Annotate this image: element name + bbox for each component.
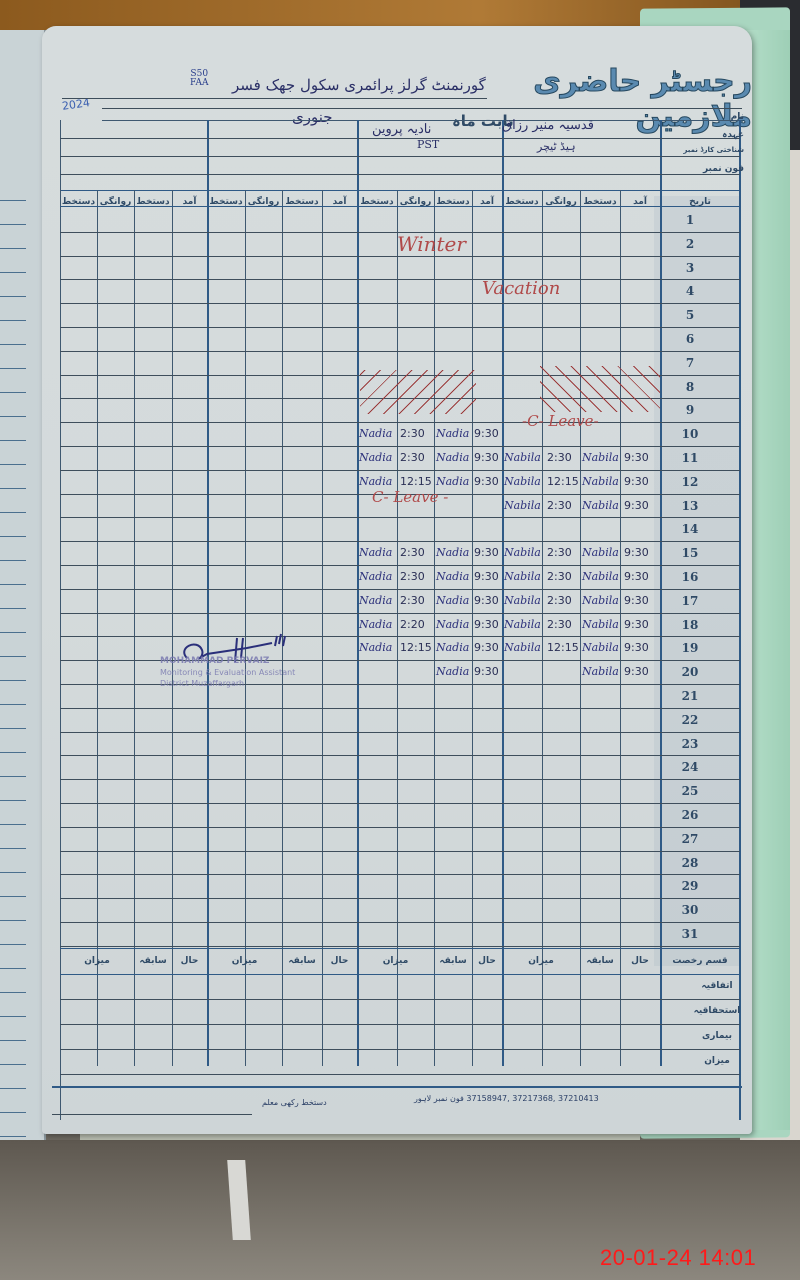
employee-1-arrival-signature: Nabila — [582, 665, 619, 678]
employee-2-arrival-time: 9:30 — [474, 475, 499, 488]
employee-1-arrival-time: 9:30 — [624, 618, 649, 631]
school-name: گورنمنٹ گرلز پرائمری سکول جھک فسر — [232, 76, 486, 94]
left-page-row-line — [0, 1016, 26, 1017]
left-page-row-line — [0, 224, 26, 225]
employee-1-departure-time: 2:30 — [547, 546, 572, 559]
left-page-row-line — [0, 320, 26, 321]
table-row-line — [60, 851, 740, 852]
header-signature: دستخط — [60, 197, 97, 207]
employee-2-departure-signature: Nadia — [359, 427, 392, 440]
summary-header-current: حال — [322, 956, 357, 966]
left-page-row-line — [0, 344, 26, 345]
employee-1-arrival-signature: Nabila — [582, 475, 619, 488]
school-code: S50 FAA — [190, 70, 208, 88]
header-signature: دستخط — [282, 197, 322, 207]
left-page-row-line — [0, 776, 26, 777]
date-1: 1 — [670, 213, 710, 227]
employee-2-departure-time: 2:30 — [400, 594, 425, 607]
employee-1-departure-time: 2:30 — [547, 594, 572, 607]
employee-2-departure-signature: Nadia — [359, 594, 392, 607]
table-row-line — [60, 517, 740, 518]
left-page-row-line — [0, 392, 26, 393]
table-row-line — [60, 708, 740, 709]
table-column-line — [97, 190, 98, 1066]
employee-1-departure-time: 2:30 — [547, 570, 572, 583]
table-row-line — [60, 636, 740, 637]
info-row-line — [60, 156, 740, 157]
summary-header-current: حال — [620, 956, 660, 966]
c-leave-employee-1-day-10: -C- Leave- — [522, 412, 599, 430]
left-border — [60, 120, 61, 1120]
date-23: 23 — [670, 737, 710, 751]
left-page-row-line — [0, 440, 26, 441]
left-page-row-line — [0, 920, 26, 921]
left-page-row-line — [0, 1088, 26, 1089]
date-6: 6 — [670, 332, 710, 346]
left-page-row-line — [0, 968, 26, 969]
table-row-line — [60, 422, 740, 423]
date-31: 31 — [670, 927, 710, 941]
header-departure: روانگی — [542, 197, 580, 207]
date-25: 25 — [670, 784, 710, 798]
left-page-row-line — [0, 1064, 26, 1065]
right-border — [739, 120, 741, 1120]
header-signature: دستخط — [580, 197, 620, 207]
stamp-line-1: MOHAMMAD PERVAIZ — [160, 656, 300, 667]
summary-header-total: میزان — [357, 956, 434, 966]
header-signature: دستخط — [134, 197, 172, 207]
employee-2-departure-time: 2:20 — [400, 618, 425, 631]
attendance-register-page: رجسٹر حاضری ملازمین گورنمنٹ گرلز پرائمری… — [42, 26, 752, 1134]
summary-header-previous: سابقہ — [580, 956, 620, 966]
employee-1-arrival-time: 9:30 — [624, 546, 649, 559]
table-row-line — [60, 327, 740, 328]
info-row-line — [60, 174, 740, 175]
header-departure: روانگی — [97, 197, 134, 207]
employee-2-departure-time: 2:30 — [400, 427, 425, 440]
header-departure: روانگی — [397, 197, 434, 207]
info-label-designation: عہدہ — [722, 130, 744, 140]
left-page-row-line — [0, 944, 26, 945]
date-10: 10 — [670, 427, 710, 441]
left-page-row-line — [0, 608, 26, 609]
employee-1-departure-time: 2:30 — [547, 451, 572, 464]
inspector-stamp: MOHAMMAD PERVAIZ Monitoring & Evaluation… — [160, 656, 300, 689]
info-column-divider — [357, 120, 359, 190]
hatched-cells-employee-1 — [540, 366, 660, 412]
table-row-line — [60, 589, 740, 590]
left-page-row-line — [0, 728, 26, 729]
employee-1-arrival-time: 9:30 — [624, 570, 649, 583]
month-value: جنوری — [292, 108, 333, 126]
employee-2-arrival-signature: Nadia — [436, 475, 469, 488]
date-24: 24 — [670, 760, 710, 774]
summary-header-current: حال — [472, 956, 502, 966]
summary-row-label: بیماری — [692, 1031, 742, 1041]
left-page-row-line — [0, 824, 26, 825]
employee-2-arrival-signature: Nadia — [436, 427, 469, 440]
employee-2-arrival-signature: Nadia — [436, 618, 469, 631]
date-7: 7 — [670, 356, 710, 370]
employee-1-arrival-signature: Nabila — [582, 594, 619, 607]
summary-row-label: استحقاقیہ — [692, 1006, 742, 1016]
info-row-line — [60, 138, 740, 139]
footer-line — [52, 1086, 742, 1088]
employee-1-arrival-signature: Nabila — [582, 546, 619, 559]
table-column-line — [397, 190, 398, 1066]
employee-2-arrival-signature: Nadia — [436, 665, 469, 678]
employee-2-arrival-signature: Nadia — [436, 451, 469, 464]
summary-row-label: اتفاقیہ — [692, 981, 742, 991]
photo-timestamp: 20-01-24 14:01 — [600, 1245, 756, 1271]
header-signature: دستخط — [434, 197, 472, 207]
employee-1-arrival-signature: Nabila — [582, 641, 619, 654]
summary-row-line — [60, 999, 740, 1000]
date-4: 4 — [670, 284, 710, 298]
date-29: 29 — [670, 879, 710, 893]
summary-header-total: میزان — [502, 956, 580, 966]
employee-1-departure-time: 12:15 — [547, 641, 579, 654]
employee-2-arrival-time: 9:30 — [474, 451, 499, 464]
table-row-line — [60, 898, 740, 899]
title-underline — [102, 108, 742, 109]
employee-1-departure-signature: Nabila — [504, 618, 541, 631]
employee-2-departure-time: 12:15 — [400, 641, 432, 654]
employee-1-arrival-time: 9:30 — [624, 451, 649, 464]
footer-sign-line — [52, 1114, 252, 1115]
summary-header-previous: سابقہ — [434, 956, 472, 966]
employee-2-arrival-time: 9:30 — [474, 546, 499, 559]
summary-row-line — [60, 1074, 740, 1075]
table-column-line — [322, 190, 323, 1066]
employee-2-arrival-signature: Nadia — [436, 546, 469, 559]
table-row-line — [60, 827, 740, 828]
left-page-row-line — [0, 752, 26, 753]
header-arrival: آمد — [620, 197, 660, 207]
table-row-line — [60, 279, 740, 280]
summary-header-line — [60, 974, 740, 975]
left-page-row-line — [0, 536, 26, 537]
employee-2-arrival-time: 9:30 — [474, 427, 499, 440]
summary-header-previous: سابقہ — [282, 956, 322, 966]
table-row-line — [60, 803, 740, 804]
header-arrival: آمد — [472, 197, 502, 207]
date-13: 13 — [670, 499, 710, 513]
employee-2-departure-signature: Nadia — [359, 546, 392, 559]
employee-1-departure-signature: Nabila — [504, 451, 541, 464]
employee-1-departure-time: 12:15 — [547, 475, 579, 488]
summary-row-label: میزان — [692, 1056, 742, 1066]
employee-1-name: قدسیہ منیر رزاق — [502, 118, 594, 133]
table-column-line — [434, 190, 435, 1066]
left-page-row-line — [0, 512, 26, 513]
header-departure: روانگی — [245, 197, 282, 207]
table-row-line — [60, 779, 740, 780]
left-page-row-line — [0, 416, 26, 417]
table-column-line — [580, 190, 581, 1066]
table-row-line — [60, 874, 740, 875]
date-21: 21 — [670, 689, 710, 703]
date-19: 19 — [670, 641, 710, 655]
stamp-line-3: District Muzaffargarh — [160, 678, 300, 689]
employee-2-arrival-time: 9:30 — [474, 618, 499, 631]
left-page-row-line — [0, 656, 26, 657]
employee-1-arrival-signature: Nabila — [582, 499, 619, 512]
table-column-line — [542, 190, 543, 1066]
employee-2-arrival-signature: Nadia — [436, 641, 469, 654]
info-label-phone: فون نمبر — [703, 164, 744, 174]
header-signature: دستخط — [207, 197, 245, 207]
vacation-annotation: Vacation — [482, 278, 560, 299]
header-signature: دستخط — [502, 197, 542, 207]
summary-header-total: میزان — [60, 956, 134, 966]
header-date: تاریخ — [660, 197, 740, 207]
date-30: 30 — [670, 903, 710, 917]
date-9: 9 — [670, 403, 710, 417]
school-line — [62, 98, 487, 99]
table-column-line — [620, 190, 621, 1066]
left-page-row-line — [0, 248, 26, 249]
info-column-divider — [207, 120, 209, 190]
left-page-row-line — [0, 464, 26, 465]
header-arrival: آمد — [322, 197, 357, 207]
employee-2-departure-signature: Nadia — [359, 618, 392, 631]
left-page-row-line — [0, 584, 26, 585]
table-row-line — [60, 613, 740, 614]
employee-2-arrival-signature: Nadia — [436, 570, 469, 583]
table-column-line — [172, 190, 173, 1066]
employee-1-departure-signature: Nabila — [504, 546, 541, 559]
table-column-line — [60, 190, 61, 1066]
employee-2-arrival-time: 9:30 — [474, 665, 499, 678]
employee-1-arrival-time: 9:30 — [624, 665, 649, 678]
employee-2-departure-signature: Nadia — [359, 451, 392, 464]
date-8: 8 — [670, 380, 710, 394]
employee-1-arrival-signature: Nabila — [582, 618, 619, 631]
left-page-row-line — [0, 272, 26, 273]
date-22: 22 — [670, 713, 710, 727]
employee-2-designation: PST — [417, 138, 439, 151]
employee-1-departure-signature: Nabila — [504, 570, 541, 583]
info-label-cnic: شناختی کارڈ نمبر — [683, 146, 744, 154]
employee-1-arrival-time: 9:30 — [624, 641, 649, 654]
employee-2-arrival-signature: Nadia — [436, 594, 469, 607]
left-page-row-line — [0, 704, 26, 705]
employee-2-arrival-time: 9:30 — [474, 570, 499, 583]
info-top-line — [102, 120, 742, 121]
left-page-row-line — [0, 368, 26, 369]
c-leave-employee-2-day-13: C- Leave - — [372, 488, 448, 506]
table-row-line — [60, 755, 740, 756]
winter-annotation: Winter — [397, 232, 466, 256]
left-facing-page — [0, 30, 46, 1140]
employee-1-departure-time: 2:30 — [547, 499, 572, 512]
table-row-line — [60, 732, 740, 733]
left-page-row-line — [0, 848, 26, 849]
table-row-line — [60, 565, 740, 566]
left-page-row-line — [0, 800, 26, 801]
table-row-line — [60, 351, 740, 352]
table-row-line — [60, 470, 740, 471]
summary-row-line — [60, 1024, 740, 1025]
left-page-row-line — [0, 560, 26, 561]
employee-1-arrival-signature: Nabila — [582, 570, 619, 583]
summary-header-leave-type: قسم رخصت — [660, 956, 740, 966]
date-20: 20 — [670, 665, 710, 679]
employee-2-arrival-time: 9:30 — [474, 594, 499, 607]
left-page-row-line — [0, 1136, 26, 1137]
summary-header-previous: سابقہ — [134, 956, 172, 966]
summary-header-current: حال — [172, 956, 207, 966]
employee-1-arrival-time: 9:30 — [624, 475, 649, 488]
stamp-line-2: Monitoring & Evaluation Assistant — [160, 667, 300, 678]
summary-header-total: میزان — [207, 956, 282, 966]
table-row-line — [60, 446, 740, 447]
table-column-line — [472, 190, 473, 1066]
summary-top-line — [60, 948, 740, 949]
table-row-line — [60, 541, 740, 542]
left-page-row-line — [0, 896, 26, 897]
employee-2-departure-time: 2:30 — [400, 570, 425, 583]
employee-1-departure-time: 2:30 — [547, 618, 572, 631]
left-page-row-line — [0, 200, 26, 201]
employee-2-departure-time: 12:15 — [400, 475, 432, 488]
employee-2-departure-time: 2:30 — [400, 451, 425, 464]
left-page-row-line — [0, 872, 26, 873]
left-page-row-line — [0, 992, 26, 993]
date-14: 14 — [670, 522, 710, 536]
date-2: 2 — [670, 237, 710, 251]
header-signature: دستخط — [357, 197, 397, 207]
hatched-cells-employee-2 — [360, 370, 476, 414]
date-5: 5 — [670, 308, 710, 322]
date-28: 28 — [670, 856, 710, 870]
table-row-line — [60, 946, 740, 947]
left-page-row-line — [0, 296, 26, 297]
left-page-row-line — [0, 632, 26, 633]
date-15: 15 — [670, 546, 710, 560]
employee-1-departure-signature: Nabila — [504, 594, 541, 607]
date-17: 17 — [670, 594, 710, 608]
footer-phones: 37210413 ,37217368 ,37158947 فون نمبر لا… — [414, 1094, 599, 1103]
left-page-row-line — [0, 1112, 26, 1113]
date-26: 26 — [670, 808, 710, 822]
left-page-row-line — [0, 488, 26, 489]
date-27: 27 — [670, 832, 710, 846]
table-row-line — [60, 303, 740, 304]
header-arrival: آمد — [172, 197, 207, 207]
employee-1-departure-signature: Nabila — [504, 499, 541, 512]
employee-1-arrival-time: 9:30 — [624, 594, 649, 607]
table-row-line — [60, 922, 740, 923]
left-page-row-line — [0, 680, 26, 681]
school-code-bottom: FAA — [190, 79, 208, 88]
header-top-line — [60, 190, 740, 191]
employee-2-name: نادیہ پروین — [372, 122, 431, 137]
employee-1-departure-signature: Nabila — [504, 641, 541, 654]
employee-2-arrival-time: 9:30 — [474, 641, 499, 654]
date-12: 12 — [670, 475, 710, 489]
employee-1-arrival-signature: Nabila — [582, 451, 619, 464]
info-label-name: نام — [731, 112, 744, 122]
table-column-line — [134, 190, 135, 1066]
employee-2-departure-signature: Nadia — [359, 475, 392, 488]
date-16: 16 — [670, 570, 710, 584]
employee-2-departure-time: 2:30 — [400, 546, 425, 559]
date-3: 3 — [670, 261, 710, 275]
employee-2-departure-signature: Nadia — [359, 570, 392, 583]
date-18: 18 — [670, 618, 710, 632]
employee-1-arrival-time: 9:30 — [624, 499, 649, 512]
summary-row-line — [60, 1049, 740, 1050]
left-page-row-line — [0, 1040, 26, 1041]
employee-2-departure-signature: Nadia — [359, 641, 392, 654]
footer-signature-label: دستخط رکھی معلم — [262, 1098, 327, 1107]
employee-1-departure-signature: Nabila — [504, 475, 541, 488]
date-11: 11 — [670, 451, 710, 465]
employee-1-designation: ہیڈ ٹیچر — [537, 140, 576, 153]
